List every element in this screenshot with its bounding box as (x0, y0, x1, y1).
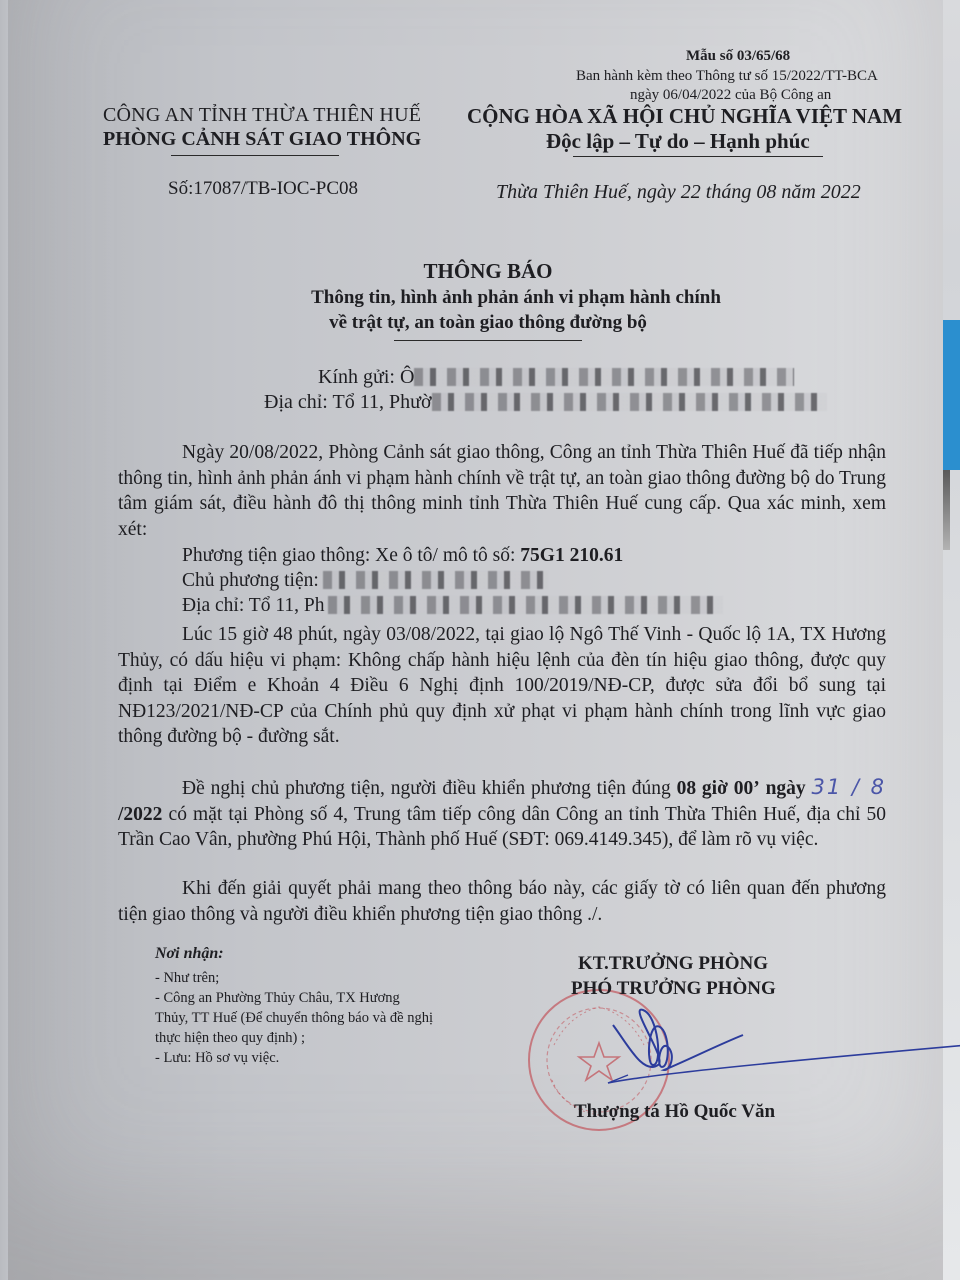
redacted-block (414, 368, 794, 386)
paragraph-violation: Lúc 15 giờ 48 phút, ngày 03/08/2022, tại… (118, 622, 886, 750)
parent-organization: CÔNG AN TỈNH THỪA THIÊN HUẾ (103, 104, 421, 127)
form-code: Mẫu số 03/65/68 (686, 48, 790, 65)
address-value: Tổ 11, Phườ (333, 391, 432, 413)
document-subtitle: về trật tự, an toàn giao thông đường bộ (8, 312, 960, 334)
recipient-item: - Như trên; (155, 969, 219, 988)
divider (573, 156, 823, 157)
address-label: Địa chỉ: (264, 391, 333, 413)
recipient-item: Thủy, TT Huế (Để chuyển thông báo và đề … (155, 1009, 433, 1028)
paragraph-text: Lúc 15 giờ 48 phút, ngày 03/08/2022, tại… (118, 622, 886, 750)
signature-role: KT.TRƯỞNG PHÒNG (578, 953, 768, 975)
redacted-block (328, 596, 723, 614)
summons-details: có mặt tại Phòng số 4, Trung tâm tiếp cô… (118, 804, 886, 851)
recipient-address-line: Địa chỉ: Tổ 11, Phườ (264, 391, 827, 414)
paragraph-requirements: Khi đến giải quyết phải mang theo thông … (118, 876, 886, 927)
signer-name: Thượng tá Hồ Quốc Văn (574, 1101, 775, 1123)
place-and-date: Thừa Thiên Huế, ngày 22 tháng 08 năm 202… (496, 181, 861, 204)
paragraph-summons: Đề nghị chủ phương tiện, người điều khiể… (118, 775, 886, 853)
vehicle-line: Phương tiện giao thông: Xe ô tô/ mô tô s… (182, 545, 623, 567)
document-title: THÔNG BÁO (8, 259, 960, 284)
recipient-line: Kính gửi: Ô (318, 366, 794, 389)
paragraph-text: Ngày 20/08/2022, Phòng Cảnh sát giao thô… (118, 440, 886, 542)
redacted-block (323, 571, 548, 589)
national-title: CỘNG HÒA XÃ HỘI CHỦ NGHĨA VIỆT NAM (467, 104, 902, 129)
paragraph-intro: Ngày 20/08/2022, Phòng Cảnh sát giao thô… (118, 440, 886, 542)
handwritten-month: 8 (871, 775, 886, 799)
document-subtitle: Thông tin, hình ảnh phản ánh vi phạm hàn… (8, 287, 960, 309)
owner-label: Chủ phương tiện: (182, 570, 319, 591)
recipient-label: Kính gửi: (318, 366, 400, 388)
signature-icon (598, 1005, 960, 1105)
signature-role: PHÓ TRƯỞNG PHÒNG (571, 978, 776, 1000)
paragraph-text: Đề nghị chủ phương tiện, người điều khiể… (118, 775, 886, 853)
form-issued-line: Ban hành kèm theo Thông tư số 15/2022/TT… (576, 68, 878, 85)
owner-address-line: Địa chỉ: Tổ 11, Ph (182, 595, 723, 617)
recipient-item: - Lưu: Hồ sơ vụ việc. (155, 1049, 279, 1068)
handwritten-separator: / (842, 775, 870, 799)
summons-year: /2022 (118, 804, 162, 825)
document-number: Số:17087/TB-IOC-PC08 (168, 178, 358, 200)
recipients-title: Nơi nhận: (155, 945, 224, 963)
document-page: Mẫu số 03/65/68 Ban hành kèm theo Thông … (8, 0, 943, 1280)
summons-day-label: ngày (766, 778, 812, 799)
owner-address-label: Địa chỉ: Tổ 11, Ph (182, 595, 324, 616)
license-plate: 75G1 210.61 (520, 545, 623, 566)
vehicle-label: Phương tiện giao thông: Xe ô tô/ mô tô s… (182, 545, 520, 566)
form-issued-line: ngày 06/04/2022 của Bộ Công an (630, 87, 831, 104)
recipient-item: - Công an Phường Thủy Châu, TX Hương (155, 989, 400, 1008)
recipient-item: thực hiện theo quy định) ; (155, 1029, 305, 1048)
divider (394, 340, 582, 341)
divider (171, 155, 339, 156)
issuing-unit: PHÒNG CẢNH SÁT GIAO THÔNG (103, 128, 421, 151)
redacted-block (432, 393, 827, 411)
paragraph-text: Khi đến giải quyết phải mang theo thông … (118, 876, 886, 927)
owner-line: Chủ phương tiện: (182, 570, 548, 592)
summons-time: 08 giờ 00’ (677, 778, 760, 799)
handwritten-day: 31 (812, 775, 843, 799)
recipient-name: Ô (400, 366, 414, 388)
summons-lead: Đề nghị chủ phương tiện, người điều khiể… (182, 778, 677, 799)
national-motto: Độc lập – Tự do – Hạnh phúc (546, 129, 810, 154)
